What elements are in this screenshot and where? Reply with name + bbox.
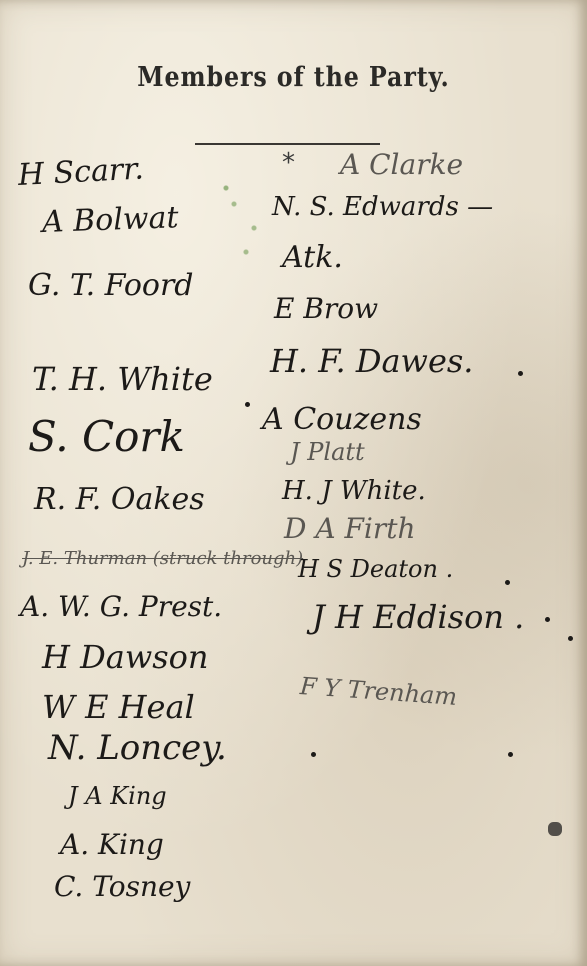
ink-stain bbox=[548, 822, 562, 836]
signature: N. Loncey. bbox=[48, 728, 227, 768]
signature: H. J White. bbox=[282, 476, 426, 506]
signature: A Couzens bbox=[262, 402, 422, 437]
ink-dot bbox=[518, 371, 523, 376]
signature: J H Eddison . bbox=[312, 598, 524, 636]
green-ink-marks bbox=[222, 180, 262, 260]
signature: C. Tosney bbox=[54, 870, 190, 903]
signature: A Bolwat bbox=[41, 200, 179, 240]
signature: H. F. Dawes. bbox=[270, 342, 473, 380]
ink-dot bbox=[568, 636, 573, 641]
signature: D A Firth bbox=[284, 512, 416, 545]
signature: A Clarke bbox=[340, 148, 463, 181]
asterisk-marker: * bbox=[282, 148, 295, 178]
signature: W E Heal bbox=[42, 688, 195, 726]
signature: N. S. Edwards — bbox=[272, 192, 493, 222]
signature: Atk. bbox=[282, 240, 343, 275]
signature: H Dawson bbox=[42, 638, 209, 676]
signature: E Brow bbox=[274, 292, 378, 325]
signature: J Platt bbox=[290, 438, 365, 466]
ink-dot bbox=[245, 402, 250, 407]
signature: A. King bbox=[60, 828, 164, 861]
signature: A. W. G. Prest. bbox=[20, 590, 222, 623]
ink-dot bbox=[505, 580, 510, 585]
signature: H S Deaton . bbox=[298, 555, 453, 583]
page-heading: Members of the Party. bbox=[35, 62, 552, 93]
signature: T. H. White bbox=[32, 360, 213, 398]
document-page: Members of the Party. * H Scarr. A Bolwa… bbox=[0, 0, 587, 966]
ink-dot bbox=[311, 752, 316, 757]
divider-rule bbox=[195, 143, 380, 145]
signature: J A King bbox=[68, 782, 167, 810]
ink-dot bbox=[508, 752, 513, 757]
signature: F Y Trenham bbox=[299, 672, 458, 711]
signature: R. F. Oakes bbox=[34, 482, 205, 517]
ink-dot bbox=[545, 617, 550, 622]
signature: S. Cork bbox=[28, 412, 185, 461]
signature: H Scarr. bbox=[17, 151, 145, 193]
signature: G. T. Foord bbox=[28, 268, 193, 303]
signature-struck: J. E. Thurman (struck through) bbox=[22, 548, 303, 569]
